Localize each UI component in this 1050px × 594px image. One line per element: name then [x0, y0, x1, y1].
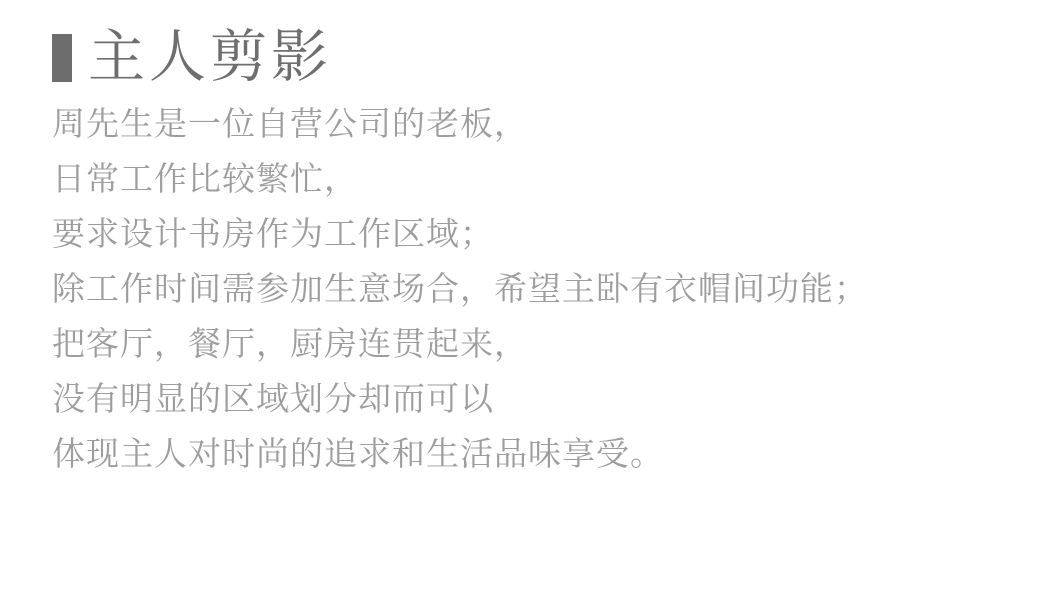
- body-line: 要求设计书房作为工作区域；: [52, 206, 1012, 261]
- body-line: 周先生是一位自营公司的老板，: [52, 96, 1012, 151]
- body-line: 除工作时间需参加生意场合，希望主卧有衣帽间功能；: [52, 261, 1012, 316]
- title-accent-bar: [52, 34, 72, 82]
- body-line: 没有明显的区域划分却而可以: [52, 371, 1012, 426]
- body-line: 把客厅，餐厅，厨房连贯起来，: [52, 316, 1012, 371]
- slide-page: 主人剪影 周先生是一位自营公司的老板， 日常工作比较繁忙， 要求设计书房作为工作…: [0, 0, 1050, 594]
- body-line: 体现主人对时尚的追求和生活品味享受。: [52, 426, 1012, 481]
- page-title: 主人剪影: [88, 26, 332, 88]
- body-text-block: 周先生是一位自营公司的老板， 日常工作比较繁忙， 要求设计书房作为工作区域； 除…: [52, 96, 1012, 481]
- body-line: 日常工作比较繁忙，: [52, 151, 1012, 206]
- title-row: 主人剪影: [52, 26, 332, 88]
